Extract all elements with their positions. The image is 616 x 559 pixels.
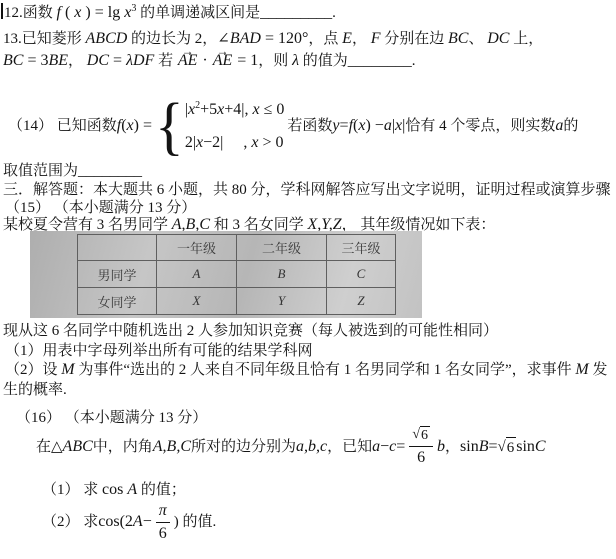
question-16-part1-line: （1） 求 cos A 的值； bbox=[42, 480, 186, 500]
fraction-denominator: 6 bbox=[417, 447, 425, 468]
math-variable: x bbox=[251, 134, 258, 151]
text-segment: 的值； bbox=[137, 482, 186, 498]
math-variable: x bbox=[253, 101, 260, 118]
math-variable: BE bbox=[48, 52, 68, 69]
text-segment: 生的概率. bbox=[3, 382, 67, 398]
text-segment: 为事件“选出的 2 人来自不同年级且恰有 1 名男同学和 1 名女同学”，求事件 bbox=[75, 362, 576, 378]
math-segment: 6 bbox=[159, 525, 167, 542]
math-variable: BAD bbox=[230, 30, 261, 47]
question-16-part2-line: （2） 求 cos(2A − π6) 的值. bbox=[42, 498, 216, 546]
text-segment: ， bbox=[352, 31, 371, 47]
math-segment: ≤ 0 bbox=[260, 101, 285, 118]
text-segment: . bbox=[412, 53, 416, 69]
text-segment: （2） 求 bbox=[42, 512, 98, 532]
text-segment: （1）用表中字母列举出所有可能的结果学科网 bbox=[5, 343, 313, 359]
math-segment: , bbox=[223, 134, 251, 151]
question-15-part2-cont-line: 生的概率. bbox=[3, 380, 67, 400]
math-segment: = 3 bbox=[23, 52, 48, 69]
question-15-part1-line: （1）用表中字母列举出所有可能的结果学科网 bbox=[5, 341, 313, 361]
text-segment: 的单调递减区间是 bbox=[136, 5, 260, 21]
scan-artifact-bar bbox=[1, 3, 3, 19]
math-variable: y bbox=[332, 116, 339, 136]
math-segment: +5 bbox=[200, 101, 217, 118]
text-segment: ，点 bbox=[308, 31, 342, 47]
header-cell-grade3: 三年级 bbox=[327, 235, 396, 261]
question-14-line: （14） 已知函数 f(x) = {|x2+5x+4|, x ≤ 02|x−2|… bbox=[8, 92, 578, 160]
math-segment: ________ bbox=[348, 52, 412, 69]
math-segment: ) − bbox=[365, 116, 383, 136]
piecewise-cases: {|x2+5x+4|, x ≤ 02|x−2| , x > 0 bbox=[155, 99, 284, 153]
row-label-male: 男同学 bbox=[78, 261, 157, 288]
section-3-heading: 三．解答题：本大题共 6 小题，共 80 分，学科网解答应写出文字说明，证明过程… bbox=[3, 180, 611, 200]
math-segment: +4|, bbox=[224, 101, 252, 118]
math-variable: E bbox=[342, 30, 352, 47]
row-label-female: 女同学 bbox=[78, 288, 157, 315]
cell-male-grade3: C bbox=[327, 261, 396, 288]
cell-female-grade2: Y bbox=[237, 288, 327, 315]
math-segment: = bbox=[396, 437, 405, 457]
cell-female-grade1: X bbox=[157, 288, 237, 315]
vector-expression: AE bbox=[213, 51, 233, 71]
question-13-line-1: 13.已知菱形 ABCD 的边长为 2，∠BAD = 120°，点 E， F 分… bbox=[3, 29, 543, 49]
math-segment: − bbox=[143, 512, 152, 532]
grade-table-header-row: 一年级 二年级 三年级 bbox=[78, 235, 396, 261]
text-segment: 13.已知菱形 bbox=[3, 31, 86, 47]
text-segment: （1） 求 bbox=[42, 482, 102, 498]
text-segment: 分别在边 bbox=[381, 31, 449, 47]
math-variable: BC bbox=[448, 30, 468, 47]
question-13-line-2: BC = 3BE， DC = λDF 若 AE · AE = 1，则 λ 的值为… bbox=[3, 51, 416, 71]
radicand: 6 bbox=[506, 437, 517, 458]
text-segment: ， bbox=[445, 437, 460, 457]
text-segment: 恰有 4 个零点，则实数 bbox=[405, 116, 555, 136]
fraction-numerator: √6 bbox=[409, 426, 433, 447]
cases-row: 2|x−2| , x > 0 bbox=[185, 133, 285, 153]
question-15-select-line: 现从这 6 名同学中随机选出 2 人参加知识竞赛（每人被选到的可能性相同） bbox=[3, 321, 498, 341]
math-variable: λ bbox=[292, 52, 299, 69]
cases-row: |x2+5x+4|, x ≤ 0 bbox=[185, 100, 285, 120]
text-segment: （14） 已知函数 bbox=[8, 116, 117, 136]
curly-brace: { bbox=[155, 97, 184, 155]
math-segment: = bbox=[488, 437, 497, 457]
fraction: π6 bbox=[156, 501, 170, 544]
math-variable: a bbox=[384, 116, 392, 136]
math-variable: ABCD bbox=[86, 30, 128, 47]
math-segment: · bbox=[198, 52, 211, 69]
math-variable: ABC bbox=[63, 437, 93, 457]
radicand: 6 bbox=[420, 426, 430, 445]
grade-table-photo: 一年级 二年级 三年级 男同学 A B C 女同学 X Y Z bbox=[30, 231, 422, 318]
math-segment: _________ bbox=[260, 4, 332, 21]
question-14-range-line: 取值范围为________ bbox=[3, 161, 142, 181]
text-segment: 所对的边分别为 bbox=[191, 437, 296, 457]
text-segment: 、 bbox=[468, 31, 487, 47]
radical-sign: √ bbox=[498, 437, 506, 457]
fraction: √66 bbox=[409, 426, 433, 468]
header-cell-grade1: 一年级 bbox=[157, 235, 237, 261]
math-variable: c bbox=[389, 437, 396, 457]
math-segment: 6 bbox=[417, 449, 425, 466]
math-variable: a bbox=[555, 116, 563, 136]
math-segment: 2| bbox=[185, 134, 196, 151]
text-segment: . bbox=[332, 5, 336, 21]
math-variable: M bbox=[575, 361, 588, 378]
math-segment: ( bbox=[61, 4, 74, 21]
text-segment: ) 的值. bbox=[174, 512, 217, 532]
text-segment: 若函数 bbox=[287, 116, 332, 136]
header-cell-grade2: 二年级 bbox=[237, 235, 327, 261]
math-segment: = bbox=[109, 52, 126, 69]
math-segment: ) = lg bbox=[81, 4, 124, 21]
text-segment: 发 bbox=[589, 362, 608, 378]
text-segment: ，已知 bbox=[327, 437, 372, 457]
math-segment: ________ bbox=[78, 162, 142, 179]
math-variable: BC bbox=[3, 52, 23, 69]
math-variable: x bbox=[358, 116, 365, 136]
math-variable: λDF bbox=[126, 52, 154, 69]
math-variable: A,B,C bbox=[153, 437, 191, 457]
math-variable: C bbox=[535, 437, 546, 457]
math-segment: − bbox=[380, 437, 389, 457]
text-segment: 在△ bbox=[36, 437, 63, 457]
math-segment: = 120° bbox=[261, 30, 308, 47]
text-segment: 取值范围为 bbox=[3, 163, 78, 179]
text-segment: 现从这 6 名同学中随机选出 2 人参加知识竞赛（每人被选到的可能性相同） bbox=[3, 323, 498, 339]
math-variable: x bbox=[395, 116, 402, 136]
question-16-given-line: 在△ABC 中，内角 A,B,C 所对的边分别为 a,b,c，已知 a − c … bbox=[36, 424, 546, 470]
text-segment: 12.函数 bbox=[4, 5, 57, 21]
question-15-part2-line: （2）设 M 为事件“选出的 2 人来自不同年级且恰有 1 名男同学和 1 名女… bbox=[5, 360, 608, 380]
math-variable: a bbox=[372, 437, 380, 457]
header-cell-empty bbox=[78, 235, 157, 261]
cases-rows: |x2+5x+4|, x ≤ 02|x−2| , x > 0 bbox=[185, 100, 285, 153]
math-variable: M bbox=[61, 361, 74, 378]
text-segment: ， bbox=[68, 53, 87, 69]
text-segment: 上， bbox=[509, 31, 543, 47]
grade-table: 一年级 二年级 三年级 男同学 A B C 女同学 X Y Z bbox=[77, 234, 396, 315]
radical-sign: √ bbox=[412, 426, 420, 444]
math-variable: x bbox=[127, 116, 134, 136]
fraction-denominator: 6 bbox=[159, 523, 167, 544]
text-segment: 的 bbox=[563, 116, 578, 136]
math-segment: > 0 bbox=[259, 134, 284, 151]
math-variable: B bbox=[479, 437, 489, 457]
math-variable: b bbox=[437, 437, 445, 457]
cell-female-grade3: Z bbox=[327, 288, 396, 315]
text-segment: 的值为 bbox=[299, 53, 348, 69]
cell-male-grade1: A bbox=[157, 261, 237, 288]
math-variable: F bbox=[371, 30, 381, 47]
text-segment: （15） （本小题满分 13 分） bbox=[5, 200, 196, 216]
question-12-line: 12.函数 f ( x ) = lg x3 的单调递减区间是_________. bbox=[4, 3, 336, 23]
math-variable: DC bbox=[487, 30, 509, 47]
math-segment: cos(2 bbox=[98, 512, 133, 532]
grade-table-female-row: 女同学 X Y Z bbox=[78, 288, 396, 315]
math-segment: cos bbox=[102, 481, 127, 498]
text-segment: 三．解答题：本大题共 6 小题，共 80 分，学科网解答应写出文字说明，证明过程… bbox=[3, 182, 611, 198]
math-segment: = 1 bbox=[233, 52, 258, 69]
sqrt-expression: √6 bbox=[498, 437, 517, 458]
vector-expression: AE bbox=[178, 51, 198, 71]
text-segment: 若 bbox=[154, 53, 177, 69]
math-variable: DC bbox=[87, 52, 109, 69]
math-variable: A bbox=[133, 512, 143, 532]
fraction-numerator: π bbox=[156, 501, 170, 523]
math-variable: A bbox=[127, 481, 137, 498]
sqrt-expression: √6 bbox=[412, 426, 430, 445]
grade-table-male-row: 男同学 A B C bbox=[78, 261, 396, 288]
text-segment: （2）设 bbox=[5, 362, 61, 378]
math-segment: −2| bbox=[203, 134, 223, 151]
math-segment: = bbox=[340, 116, 349, 136]
math-segment: sin bbox=[516, 437, 535, 457]
text-segment: 中，内角 bbox=[93, 437, 153, 457]
cell-male-grade2: B bbox=[237, 261, 327, 288]
math-segment: sin bbox=[460, 437, 479, 457]
math-segment: ) = bbox=[134, 116, 152, 136]
math-variable: a,b,c bbox=[296, 437, 327, 457]
math-variable: π bbox=[159, 501, 167, 521]
text-segment: ，则 bbox=[258, 53, 292, 69]
